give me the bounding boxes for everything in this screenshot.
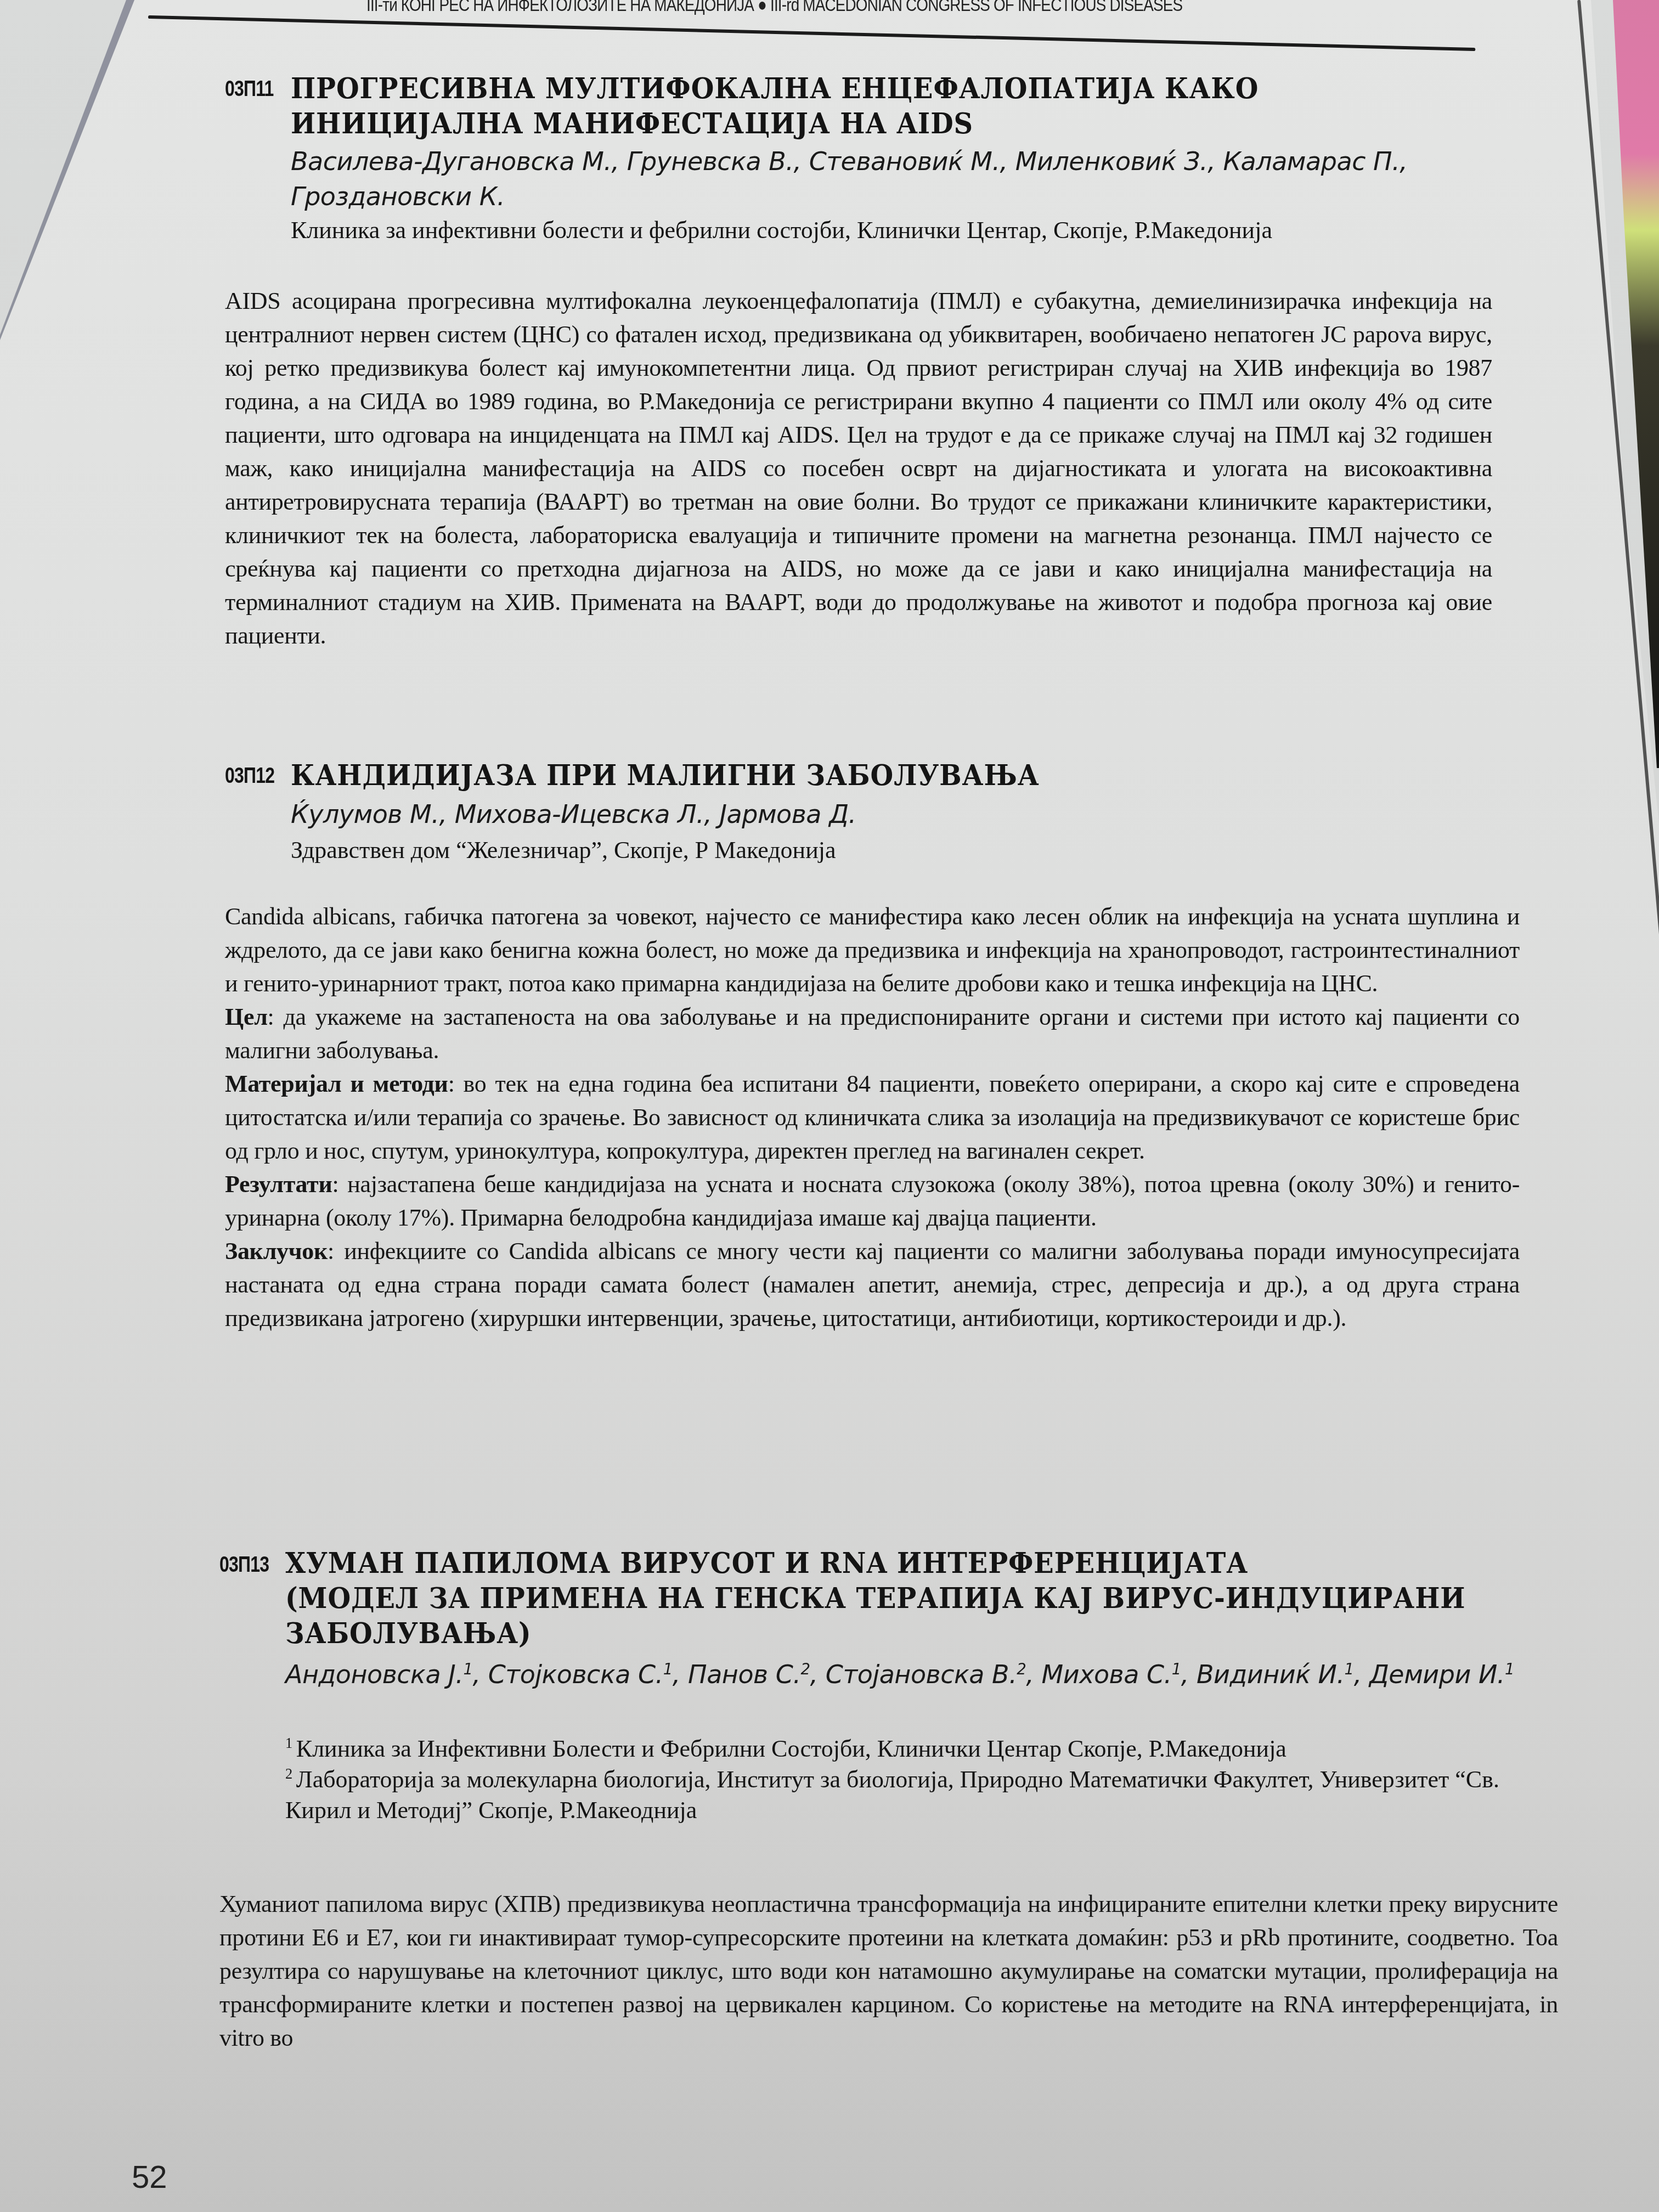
title-line: КАНДИДИЈАЗА ПРИ МАЛИГНИ ЗАБОЛУВАЊА	[291, 758, 1401, 793]
title-line: ПРОГРЕСИВНА МУЛТИФОКАЛНА ЕНЦЕФАЛОПАТИЈА …	[291, 71, 1401, 106]
section-results: Резултати: најзастапена беше кандидијаза…	[225, 1167, 1520, 1234]
abstract-title: КАНДИДИЈАЗА ПРИ МАЛИГНИ ЗАБОЛУВАЊА	[291, 758, 1401, 793]
abstract-affiliation: Клиника за инфективни болести и фебрилни…	[291, 215, 1498, 246]
body-paragraph: Хуманиот папилома вирус (ХПВ) предизвику…	[219, 1887, 1558, 2055]
author: Видиниќ И.1	[1197, 1660, 1354, 1689]
body-paragraph: Candida albicans, габичка патогена за чо…	[225, 900, 1520, 1000]
abstract-title: ХУМАН ПАПИЛОМА ВИРУСОТ И RNA ИНТЕРФЕРЕНЦ…	[285, 1546, 1471, 1651]
title-line: ЗАБОЛУВАЊА)	[285, 1616, 1471, 1651]
affiliation-line: 1 Клиника за Инфективни Болести и Фебрил…	[285, 1734, 1564, 1764]
section-label: Заклучок	[225, 1238, 328, 1265]
author-affiliation-ref: 1	[463, 1660, 472, 1678]
section-text: : да укажеме на застапеноста на ова забо…	[225, 1003, 1520, 1064]
abstract-code: 03П11	[225, 77, 273, 101]
author: Андоновска Ј.1	[285, 1660, 472, 1689]
section-methods: Материјал и методи: во тек на една годин…	[225, 1067, 1520, 1167]
author-affiliation-ref: 1	[1172, 1660, 1181, 1678]
author-affiliation-ref: 2	[1017, 1660, 1026, 1678]
abstract-code: 03П12	[225, 764, 274, 788]
authors-line: Гроздановски К.	[291, 179, 1498, 214]
abstract-authors: Василева-Дугановска М., Груневска В., Ст…	[291, 144, 1498, 214]
title-line: ХУМАН ПАПИЛОМА ВИРУСОТ И RNA ИНТЕРФЕРЕНЦ…	[285, 1546, 1471, 1581]
author: Михова С.1	[1042, 1660, 1181, 1689]
running-head: III-ти КОНГРЕС НА ИНФЕКТОЛОЗИТЕ НА МАКЕД…	[366, 0, 1176, 16]
abstract-title: ПРОГРЕСИВНА МУЛТИФОКАЛНА ЕНЦЕФАЛОПАТИЈА …	[291, 71, 1401, 142]
page-number: 52	[132, 2159, 167, 2196]
author-affiliation-ref: 1	[1505, 1660, 1514, 1678]
author-affiliation-ref: 1	[663, 1660, 673, 1678]
abstract-authors: Андоновска Ј.1, Стојковска С.1, Панов С.…	[285, 1657, 1564, 1692]
author: Панов С.2	[688, 1660, 810, 1689]
abstract-authors: Ќулумов М., Михова-Ицевска Л., Јармова Д…	[291, 797, 1498, 832]
authors-line: Ќулумов М., Михова-Ицевска Л., Јармова Д…	[291, 797, 1498, 832]
section-text: : инфекциите со Candida albicans се мног…	[225, 1238, 1520, 1331]
author: Стојковска С.1	[488, 1660, 673, 1689]
title-line: ИНИЦИЈАЛНА МАНИФЕСТАЦИЈА НА AIDS	[291, 106, 1401, 142]
section-conclusion: Заклучок: инфекциите со Candida albicans…	[225, 1234, 1520, 1335]
abstract-body: AIDS асоцирана прогресивна мултифокална …	[225, 284, 1492, 652]
body-paragraph: AIDS асоцирана прогресивна мултифокална …	[225, 284, 1492, 652]
authors-line: Василева-Дугановска М., Груневска В., Ст…	[291, 144, 1498, 179]
affiliation-line: 2 Лабораторија за молекуларна биологија,…	[285, 1764, 1564, 1826]
abstract-body: Хуманиот папилома вирус (ХПВ) предизвику…	[219, 1887, 1558, 2055]
abstract-affiliations: 1 Клиника за Инфективни Болести и Фебрил…	[285, 1734, 1564, 1826]
section-aim: Цел: да укажеме на застапеноста на ова з…	[225, 1000, 1520, 1067]
author: Демири И.1	[1369, 1660, 1514, 1689]
title-line: (МОДЕЛ ЗА ПРИМЕНА НА ГЕНСКА ТЕРАПИЈА КАЈ…	[285, 1581, 1471, 1616]
author-affiliation-ref: 2	[801, 1660, 810, 1678]
affiliation-number: 1	[285, 1735, 296, 1751]
author: Стојановска В.2	[826, 1660, 1026, 1689]
author-affiliation-ref: 1	[1345, 1660, 1354, 1678]
section-label: Резултати	[225, 1171, 332, 1198]
abstract-body: Candida albicans, габичка патогена за чо…	[225, 900, 1520, 1335]
affiliation-number: 2	[285, 1765, 296, 1782]
section-text: : најзастапена беше кандидијаза на уснат…	[225, 1171, 1520, 1231]
abstract-affiliation: Здравствен дом “Железничар”, Скопје, Р М…	[291, 835, 1498, 866]
section-label: Цел	[225, 1003, 268, 1030]
section-label: Материјал и методи	[225, 1070, 448, 1097]
abstract-code: 03П13	[219, 1553, 269, 1577]
